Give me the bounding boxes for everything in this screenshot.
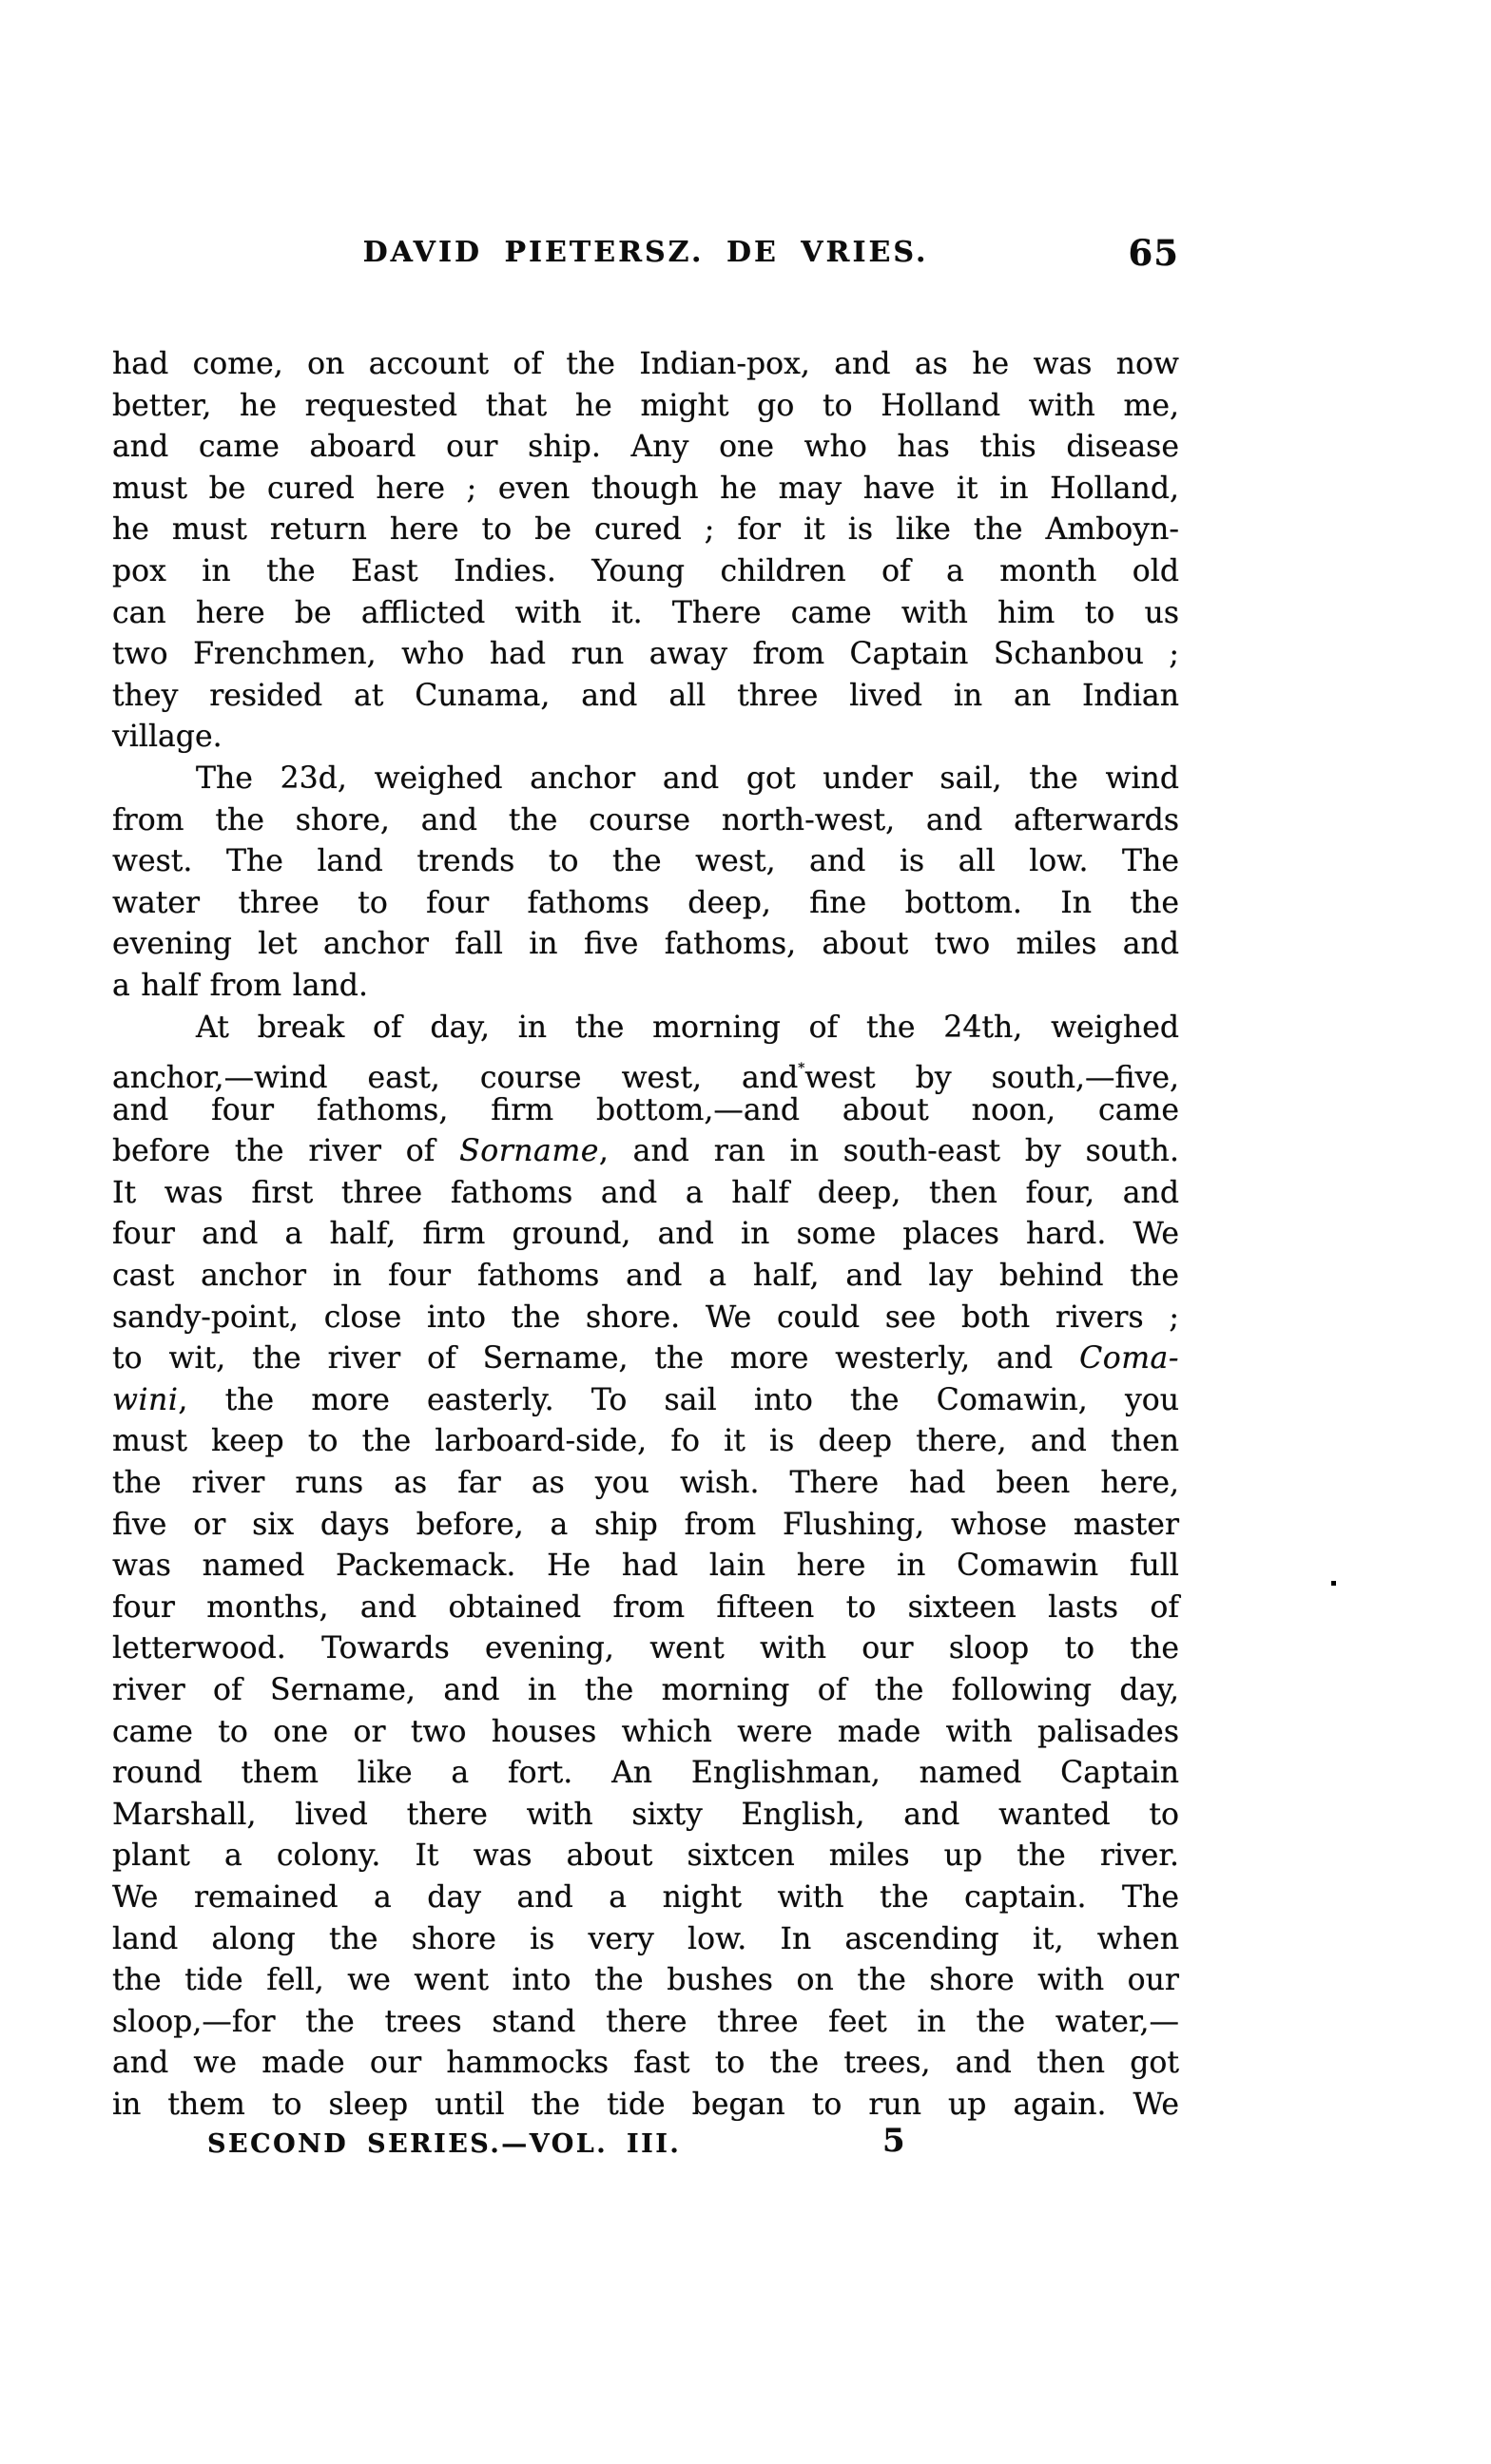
ink-speck	[1331, 1581, 1336, 1586]
text-line: We remained a day and a night with the c…	[112, 1877, 1179, 1919]
text-line: cast anchor in four fathoms and a half, …	[112, 1256, 1179, 1298]
text-line: wini, the more easterly. To sail into th…	[112, 1380, 1179, 1422]
text-line: It was first three fathoms and a half de…	[112, 1173, 1179, 1215]
text-line: had come, on account of the Indian-pox, …	[112, 344, 1179, 386]
italic-river-name: Sorname	[459, 1134, 599, 1168]
text-line: from the shore, and the course north-wes…	[112, 800, 1179, 842]
page-number: 65	[1129, 232, 1180, 274]
text-line: land along the shore is very low. In asc…	[112, 1919, 1179, 1961]
text-line: plant a colony. It was about sixtcen mil…	[112, 1836, 1179, 1877]
italic-river-name: Coma-	[1079, 1341, 1179, 1376]
text-line: and four fathoms, firm bottom,—and about…	[112, 1090, 1179, 1132]
text-line: must be cured here ; even though he may …	[112, 469, 1179, 510]
text-line: a half from land.	[112, 966, 1179, 1008]
text-line: they resided at Cunama, and all three li…	[112, 676, 1179, 718]
text-line: was named Packemack. He had lain here in…	[112, 1546, 1179, 1588]
text-line: river of Sername, and in the morning of …	[112, 1670, 1179, 1712]
page-heading: DAVID PIETERSZ. DE VRIES.	[112, 236, 1179, 269]
text-line: letterwood. Towards evening, went with o…	[112, 1628, 1179, 1670]
text-line: round them like a fort. An Englishman, n…	[112, 1753, 1179, 1795]
book-page: DAVID PIETERSZ. DE VRIES. 65 had come, o…	[0, 0, 1491, 2464]
text-line: At break of day, in the morning of the 2…	[112, 1008, 1179, 1049]
text-line: in them to sleep until the tide began to…	[112, 2085, 1179, 2127]
text-line: to wit, the river of Sername, the more w…	[112, 1338, 1179, 1380]
text-line: anchor,—wind east, course west, and*west…	[112, 1049, 1179, 1090]
italic-river-name: wini	[112, 1383, 178, 1417]
text-segment: before the river of	[112, 1134, 459, 1168]
text-line: two Frenchmen, who had run away from Cap…	[112, 634, 1179, 676]
text-segment: , the more easterly. To sail into the Co…	[178, 1383, 1179, 1417]
text-line: the river runs as far as you wish. There…	[112, 1463, 1179, 1505]
text-segment: , and ran in south-east by south.	[599, 1134, 1179, 1168]
text-segment: to wit, the river of Sername, the more w…	[112, 1341, 1079, 1376]
text-line: must keep to the larboard-side, fo it is…	[112, 1421, 1179, 1463]
text-line: pox in the East Indies. Young children o…	[112, 551, 1179, 593]
text-line: before the river of Sorname, and ran in …	[112, 1131, 1179, 1173]
running-head: DAVID PIETERSZ. DE VRIES.	[112, 236, 1179, 279]
text-line: and we made our hammocks fast to the tre…	[112, 2043, 1179, 2085]
text-line: the tide fell, we went into the bushes o…	[112, 1960, 1179, 2002]
text-line: Marshall, lived there with sixty English…	[112, 1795, 1179, 1837]
text-line: and came aboard our ship. Any one who ha…	[112, 427, 1179, 469]
text-line: came to one or two houses which were mad…	[112, 1712, 1179, 1754]
series-volume-line: SECOND SERIES.—VOL. III.	[207, 2129, 681, 2159]
text-line: The 23d, weighed anchor and got under sa…	[112, 759, 1179, 800]
text-line: sandy-point, close into the shore. We co…	[112, 1298, 1179, 1339]
text-line: village.	[112, 717, 1179, 759]
text-line: sloop,—for the trees stand there three f…	[112, 2002, 1179, 2044]
text-line: four months, and obtained from fifteen t…	[112, 1588, 1179, 1629]
text-line: water three to four fathoms deep, fine b…	[112, 883, 1179, 925]
text-line: four and a half, firm ground, and in som…	[112, 1214, 1179, 1256]
text-line: evening let anchor fall in five fathoms,…	[112, 924, 1179, 966]
signature-number: 5	[882, 2122, 905, 2160]
text-line: five or six days before, a ship from Flu…	[112, 1505, 1179, 1547]
text-line: he must return here to be cured ; for it…	[112, 510, 1179, 551]
text-line: can here be afflicted with it. There cam…	[112, 593, 1179, 635]
text-line: west. The land trends to the west, and i…	[112, 841, 1179, 883]
text-line: better, he requested that he might go to…	[112, 386, 1179, 428]
body-text: had come, on account of the Indian-pox, …	[112, 344, 1179, 2127]
